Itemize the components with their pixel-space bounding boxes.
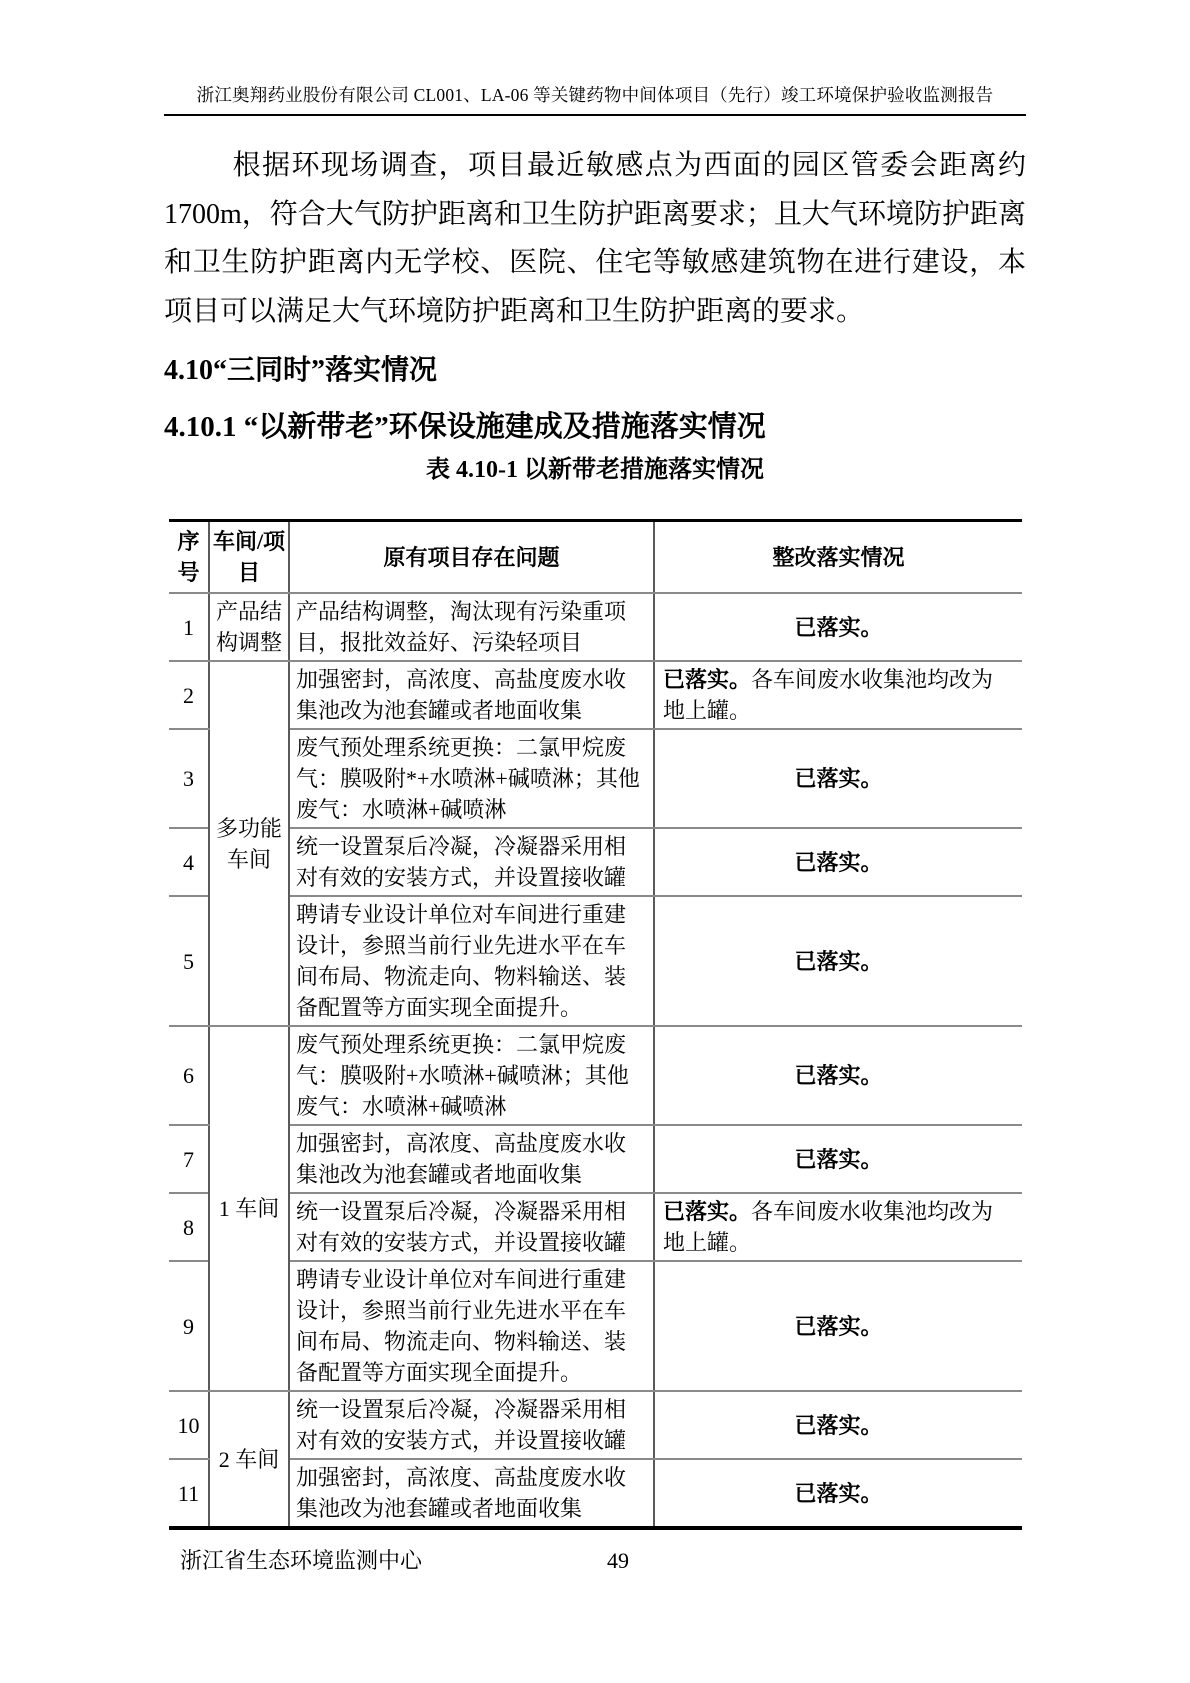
status-cell: 已落实。: [654, 1125, 1022, 1193]
status-bold: 已落实。: [794, 850, 882, 875]
problem-cell: 废气预处理系统更换：二氯甲烷废气：膜吸附+水喷淋+碱喷淋；其他废气：水喷淋+碱喷…: [289, 1026, 654, 1125]
status-cell: 已落实。: [654, 593, 1022, 661]
table-row: 6 1 车间 废气预处理系统更换：二氯甲烷废气：膜吸附+水喷淋+碱喷淋；其他废气…: [169, 1026, 1022, 1125]
problem-cell: 统一设置泵后冷凝，冷凝器采用相对有效的安装方式，并设置接收罐: [289, 1391, 654, 1459]
status-cell: 已落实。: [654, 1391, 1022, 1459]
problem-cell: 聘请专业设计单位对车间进行重建设计，参照当前行业先进水平在车间布局、物流走向、物…: [289, 896, 654, 1026]
problem-cell: 加强密封，高浓度、高盐度废水收集池改为池套罐或者地面收集: [289, 1125, 654, 1193]
col-header-workshop: 车间/项目: [209, 521, 289, 594]
row-no: 4: [169, 828, 209, 896]
status-bold: 已落实。: [794, 1147, 882, 1172]
footer-page-number: 49: [607, 1548, 629, 1574]
workshop-cell: 2 车间: [209, 1391, 289, 1528]
measures-table: 序号 车间/项目 原有项目存在问题 整改落实情况 1 产品结构调整 产品结构调整…: [169, 519, 1022, 1530]
row-no: 11: [169, 1459, 209, 1528]
row-no: 10: [169, 1391, 209, 1459]
header-title: 浙江奥翔药业股份有限公司 CL001、LA-06 等关键药物中间体项目（先行）竣…: [164, 84, 1026, 106]
status-bold: 已落实。: [794, 766, 882, 791]
row-no: 8: [169, 1193, 209, 1261]
status-bold: 已落实。: [794, 1413, 882, 1438]
row-no: 9: [169, 1261, 209, 1391]
problem-cell: 废气预处理系统更换：二氯甲烷废气：膜吸附*+水喷淋+碱喷淋；其他废气：水喷淋+碱…: [289, 729, 654, 828]
status-bold: 已落实。: [794, 1063, 882, 1088]
col-header-problem: 原有项目存在问题: [289, 521, 654, 594]
page-header: 浙江奥翔药业股份有限公司 CL001、LA-06 等关键药物中间体项目（先行）竣…: [164, 0, 1026, 116]
body-paragraph: 根据环现场调查，项目最近敏感点为西面的园区管委会距离约1700m，符合大气防护距…: [164, 142, 1026, 336]
row-no: 1: [169, 593, 209, 661]
table-caption: 表 4.10-1 以新带老措施落实情况: [164, 457, 1026, 483]
problem-cell: 统一设置泵后冷凝，冷凝器采用相对有效的安装方式，并设置接收罐: [289, 1193, 654, 1261]
section-heading-4101: 4.10.1 “以新带老”环保设施建成及措施落实情况: [164, 412, 1026, 443]
status-bold: 已落实。: [794, 615, 882, 640]
table-header-row: 序号 车间/项目 原有项目存在问题 整改落实情况: [169, 521, 1022, 594]
header-rule: [164, 114, 1026, 116]
status-cell: 已落实。: [654, 1026, 1022, 1125]
row-no: 2: [169, 661, 209, 729]
table-row: 10 2 车间 统一设置泵后冷凝，冷凝器采用相对有效的安装方式，并设置接收罐 已…: [169, 1391, 1022, 1459]
status-cell: 已落实。各车间废水收集池均改为地上罐。: [654, 1193, 1022, 1261]
workshop-cell: 产品结构调整: [209, 593, 289, 661]
row-no: 3: [169, 729, 209, 828]
status-cell: 已落实。: [654, 729, 1022, 828]
document-page: 浙江奥翔药业股份有限公司 CL001、LA-06 等关键药物中间体项目（先行）竣…: [0, 0, 1190, 1683]
section-heading-410: 4.10“三同时”落实情况: [164, 356, 1026, 386]
footer-organization: 浙江省生态环境监测中心: [180, 1548, 422, 1574]
col-header-no: 序号: [169, 521, 209, 594]
table-row: 11 加强密封，高浓度、高盐度废水收集池改为池套罐或者地面收集 已落实。: [169, 1459, 1022, 1528]
table-row: 4 统一设置泵后冷凝，冷凝器采用相对有效的安装方式，并设置接收罐 已落实。: [169, 828, 1022, 896]
status-bold: 已落实。: [794, 1481, 882, 1506]
problem-cell: 加强密封，高浓度、高盐度废水收集池改为池套罐或者地面收集: [289, 1459, 654, 1528]
table-row: 1 产品结构调整 产品结构调整，淘汰现有污染重项目，报批效益好、污染轻项目 已落…: [169, 593, 1022, 661]
col-header-status: 整改落实情况: [654, 521, 1022, 594]
workshop-cell: 多功能车间: [209, 661, 289, 1026]
status-cell: 已落实。各车间废水收集池均改为地上罐。: [654, 661, 1022, 729]
table-row: 8 统一设置泵后冷凝，冷凝器采用相对有效的安装方式，并设置接收罐 已落实。各车间…: [169, 1193, 1022, 1261]
row-no: 5: [169, 896, 209, 1026]
status-cell: 已落实。: [654, 828, 1022, 896]
status-cell: 已落实。: [654, 896, 1022, 1026]
problem-cell: 聘请专业设计单位对车间进行重建设计，参照当前行业先进水平在车间布局、物流走向、物…: [289, 1261, 654, 1391]
status-bold: 已落实。: [663, 667, 751, 692]
row-no: 6: [169, 1026, 209, 1125]
workshop-cell: 1 车间: [209, 1026, 289, 1391]
table-row: 3 废气预处理系统更换：二氯甲烷废气：膜吸附*+水喷淋+碱喷淋；其他废气：水喷淋…: [169, 729, 1022, 828]
status-bold: 已落实。: [663, 1199, 751, 1224]
problem-cell: 产品结构调整，淘汰现有污染重项目，报批效益好、污染轻项目: [289, 593, 654, 661]
problem-cell: 加强密封，高浓度、高盐度废水收集池改为池套罐或者地面收集: [289, 661, 654, 729]
table-row: 2 多功能车间 加强密封，高浓度、高盐度废水收集池改为池套罐或者地面收集 已落实…: [169, 661, 1022, 729]
table-row: 7 加强密封，高浓度、高盐度废水收集池改为池套罐或者地面收集 已落实。: [169, 1125, 1022, 1193]
status-bold: 已落实。: [794, 949, 882, 974]
status-cell: 已落实。: [654, 1459, 1022, 1528]
status-cell: 已落实。: [654, 1261, 1022, 1391]
table-row: 5 聘请专业设计单位对车间进行重建设计，参照当前行业先进水平在车间布局、物流走向…: [169, 896, 1022, 1026]
table-row: 9 聘请专业设计单位对车间进行重建设计，参照当前行业先进水平在车间布局、物流走向…: [169, 1261, 1022, 1391]
row-no: 7: [169, 1125, 209, 1193]
problem-cell: 统一设置泵后冷凝，冷凝器采用相对有效的安装方式，并设置接收罐: [289, 828, 654, 896]
status-bold: 已落实。: [794, 1314, 882, 1339]
